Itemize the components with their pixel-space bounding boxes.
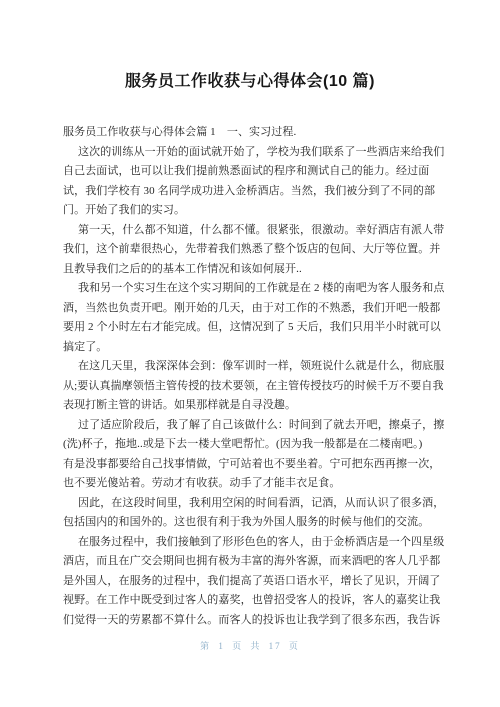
page-number-footer: 第 1 页 共 17 页	[0, 640, 500, 653]
body-line: 酒店，而且在广交会期间也拥有极为丰富的海外客源，而来酒吧的客人几乎都	[63, 552, 445, 572]
body-line: 们觉得一天的劳累都不算什么。而客人的投诉也让我学到了很多东西，我告诉	[63, 611, 445, 631]
body-line: 在这几天里，我深深体会到：像军训时一样，领班说什么就是什么，彻底服	[63, 357, 445, 377]
body-line: 是外国人，在服务的过程中，我们提高了英语口语水平，增长了见识，开阔了	[63, 572, 445, 592]
body-line: 我们，这个前辈很热心，先带着我们熟悉了整个饭店的包间、大厅等位置。并	[63, 240, 445, 260]
body-line: 要用 2 个小时左右才能完成。但，这情况到了 5 天后，我们只用半小时就可以	[63, 318, 445, 338]
body-line: 过了适应阶段后，我了解了自己该做什么：时间到了就去开吧，擦桌子，擦	[63, 416, 445, 436]
body-line: 视野。在工作中既受到过客人的嘉奖，也曾招受客人的投诉，客人的嘉奖让我	[63, 591, 445, 611]
body-line: 服务员工作收获与心得体会篇 1 一、实习过程.	[63, 123, 445, 143]
body-line: 也不要光傻站着。劳动才有收获。动手了才能丰衣足食。	[63, 474, 445, 494]
body-line: 我和另一个实习生在这个实习期间的工作就是在 2 楼的南吧为客人服务和点	[63, 279, 445, 299]
body-line: 第一天，什么都不知道，什么都不懂。很紧张，很激动。幸好酒店有派人带	[63, 221, 445, 241]
body-line: 因此，在这段时间里，我利用空闲的时间看酒，记酒，从而认识了很多酒，	[63, 494, 445, 514]
body-line: 有是没事都要给自己找事情做，宁可站着也不要坐着。宁可把东西再擦一次，	[63, 455, 445, 475]
body-line: 表现打断主管的讲话。如果那样就是自寻没趣。	[63, 396, 445, 416]
body-line: 试，我们学校有 30 名同学成功进入金桥酒店。当然，我们被分到了不同的部	[63, 182, 445, 202]
body-line: (洗)杯子，拖地..或是下去一楼大堂吧帮忙。(因为我一般都是在二楼南吧。)	[63, 435, 445, 455]
body-line: 包括国内的和国外的。这也很有利于我为外国人服务的时候与他们的交流。	[63, 513, 445, 533]
body-line: 从;要认真揣摩领悟主管传授的技术要领，在主管传授技巧的时候千万不要自我	[63, 377, 445, 397]
body-line: 门。开始了我们的实习。	[63, 201, 445, 221]
document-title: 服务员工作收获与心得体会(10 篇)	[0, 70, 500, 94]
document-page: 服务员工作收获与心得体会(10 篇) 服务员工作收获与心得体会篇 1 一、实习过…	[0, 0, 500, 707]
body-line: 在服务过程中，我们接触到了形形色色的客人，由于金桥酒店是一个四星级	[63, 533, 445, 553]
document-body: 服务员工作收获与心得体会篇 1 一、实习过程.这次的训练从一开始的面试就开始了，…	[63, 123, 445, 630]
body-line: 且教导我们之后的的基本工作情况和该如何展开..	[63, 260, 445, 280]
body-line: 这次的训练从一开始的面试就开始了，学校为我们联系了一些酒店来给我们	[63, 143, 445, 163]
body-line: 搞定了。	[63, 338, 445, 358]
body-line: 酒，当然也负责开吧。刚开始的几天，由于对工作的不熟悉，我们开吧一般都	[63, 299, 445, 319]
body-line: 自己去面试，也可以让我们提前熟悉面试的程序和测试自己的能力。经过面	[63, 162, 445, 182]
